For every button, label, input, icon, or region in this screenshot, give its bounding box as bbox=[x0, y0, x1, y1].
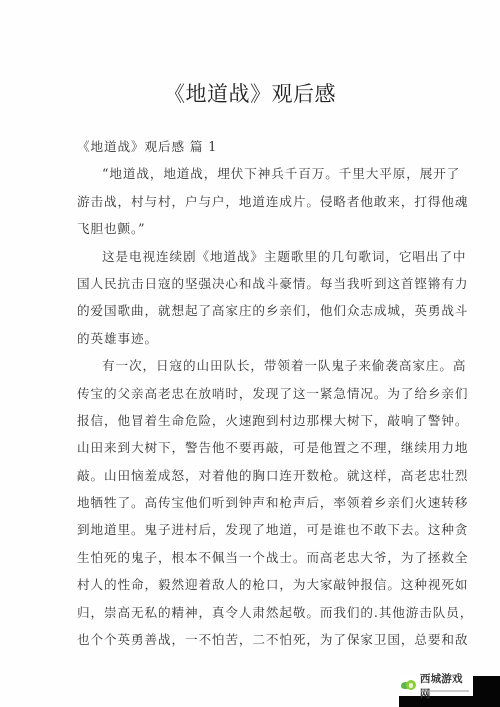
paragraph-line: 村人的性命，毅然迎着敌人的枪口，为大家敲钟报信。这种视死如 bbox=[77, 571, 423, 598]
watermark-tagline-line bbox=[421, 690, 469, 692]
paragraph-line: 敲。山田恼羞成怒，对着他的胸口连开数枪。就这样，高老忠壮烈 bbox=[77, 462, 423, 489]
paragraph-line: 生怕死的鬼子，根本不佩当一个战士。而高老忠大爷，为了拯救全 bbox=[77, 544, 423, 571]
paragraph-line: “地道战，地道战，埋伏下神兵千百万。千里大平原，展开了 bbox=[77, 160, 423, 187]
paragraph-line: 地牺牲了。高传宝他们听到钟声和枪声后，率领着乡亲们火速转移 bbox=[77, 489, 423, 516]
paragraph-line: 山田来到大树下，警告他不要再敲，可是他置之不理，继续用力地 bbox=[77, 434, 423, 461]
site-watermark: 西城游戏网 bbox=[399, 676, 500, 707]
document-body: 《地道战》观后感 篇 1 “地道战，地道战，埋伏下神兵千百万。千里大平原，展开了… bbox=[77, 133, 423, 653]
paragraph-line: 传宝的父亲高老忠在放哨时，发现了这一紧急情况。为了给乡亲们 bbox=[77, 380, 423, 407]
document-title: 《地道战》观后感 bbox=[0, 78, 500, 108]
paragraph-line: 国人民抗击日寇的坚强决心和战斗豪情。每当我听到这首铿锵有力 bbox=[77, 270, 423, 297]
paragraph-line: 游击战，村与村，户与户，地道连成片。侵略者他敢来，打得他魂 bbox=[77, 188, 423, 215]
paragraph-line: 到地道里。鬼子进村后，发现了地道，可是谁也不敢下去。这种贪 bbox=[77, 516, 423, 543]
watermark-badge: 西城游戏网 bbox=[399, 676, 473, 696]
paragraph-line: 这是电视连续剧《地道战》主题歌里的几句歌词，它唱出了中 bbox=[77, 243, 423, 270]
paragraph-line: 的英雄事迹。 bbox=[77, 325, 423, 352]
paragraph-3: 有一次，日寇的山田队长，带领着一队鬼子来偷袭高家庄。高 传宝的父亲高老忠在放哨时… bbox=[77, 352, 423, 653]
paragraph-line: 归，崇高无私的精神，真令人肃然起敬。而我们的.其他游击队员， bbox=[77, 599, 423, 626]
paragraph-line: 飞胆也颤。” bbox=[77, 215, 423, 242]
paragraph-1: “地道战，地道战，埋伏下神兵千百万。千里大平原，展开了 游击战，村与村，户与户，… bbox=[77, 160, 423, 242]
paragraph-2: 这是电视连续剧《地道战》主题歌里的几句歌词，它唱出了中 国人民抗击日寇的坚强决心… bbox=[77, 243, 423, 353]
paragraph-line: 报信，他冒着生命危险，火速跑到村边那棵大树下，敲响了警钟。 bbox=[77, 407, 423, 434]
leaf-logo-icon bbox=[401, 680, 417, 692]
paragraph-line: 有一次，日寇的山田队长，带领着一队鬼子来偷袭高家庄。高 bbox=[77, 352, 423, 379]
watermark-site-name: 西城游戏网 bbox=[420, 671, 473, 701]
paragraph-line: 也个个英勇善战，一不怕苦，二不怕死，为了保家卫国，总要和敌 bbox=[77, 626, 423, 653]
paragraph-line: 的爱国歌曲，就想起了高家庄的乡亲们，他们众志成城，英勇战斗 bbox=[77, 297, 423, 324]
section-heading: 《地道战》观后感 篇 1 bbox=[77, 133, 423, 160]
